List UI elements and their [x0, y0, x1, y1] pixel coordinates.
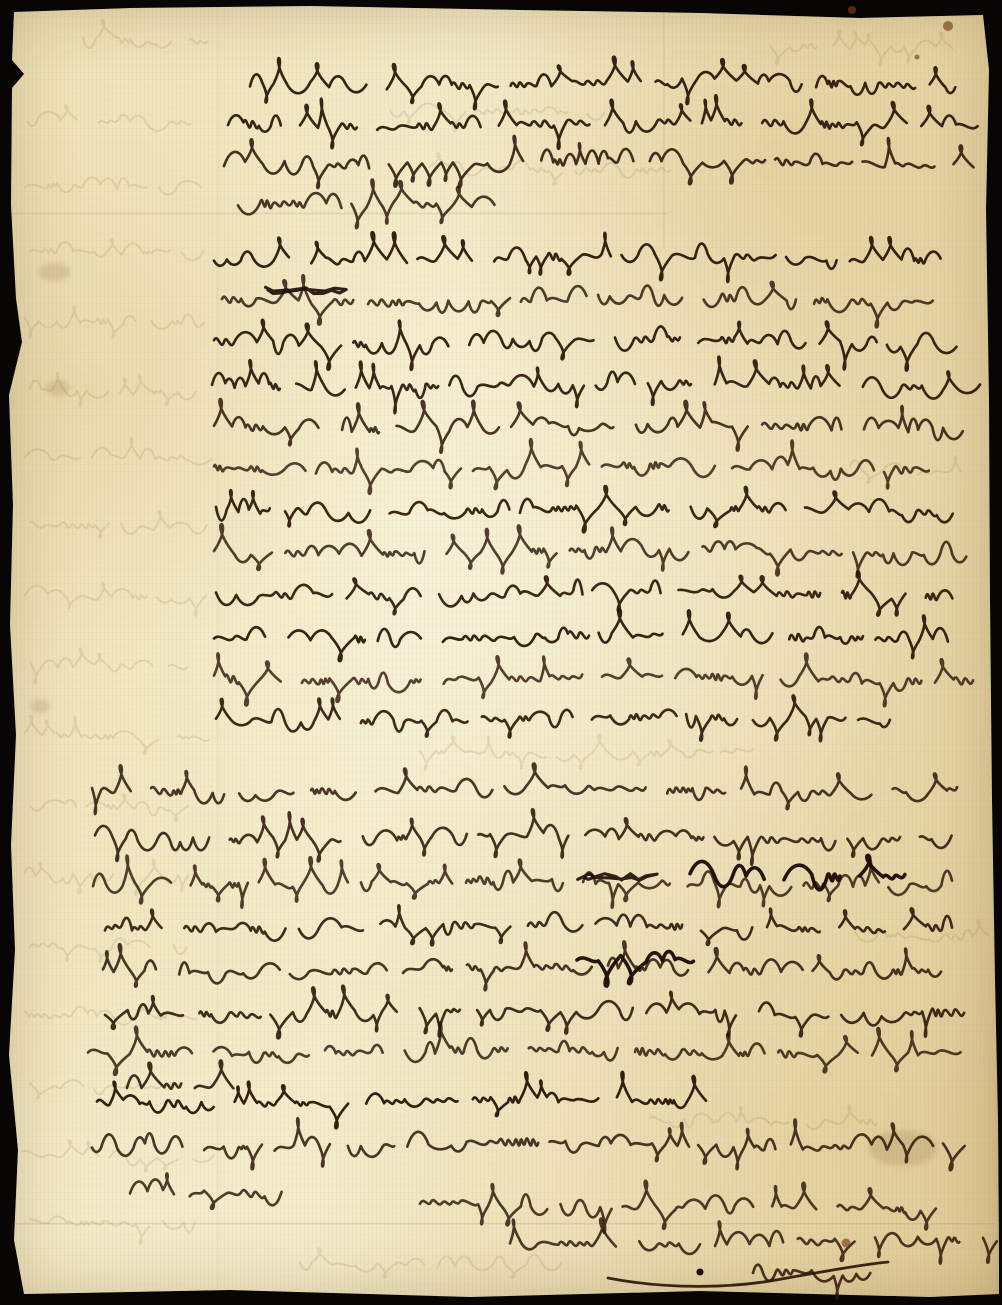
showthrough-line-8 — [25, 306, 204, 338]
rust-spot-3 — [915, 55, 920, 60]
handwritten-line-20 — [105, 905, 952, 945]
handwritten-line-1 — [250, 57, 955, 109]
rust-spot-2 — [943, 21, 953, 31]
handwritten-line-21 — [103, 941, 941, 990]
scan-background: Full-page scan of a 17th-century handwri… — [0, 0, 1002, 1305]
handwritten-line-29 — [510, 1219, 997, 1264]
showthrough-group — [22, 20, 989, 1278]
handwriting-layer — [0, 0, 1002, 1305]
handwritten-line-18 — [95, 809, 952, 864]
handwritten-line-16 — [216, 695, 890, 741]
ink-smudge-4 — [869, 1130, 937, 1166]
rust-spot-4 — [842, 1239, 851, 1248]
handwritten-line-13 — [216, 571, 952, 615]
showthrough-line-7 — [30, 239, 204, 260]
handwritten-line-26 — [92, 1118, 965, 1170]
handwritten-line-4 — [238, 180, 495, 229]
showthrough-line-14 — [25, 716, 209, 754]
showthrough-line-2 — [770, 30, 952, 66]
handwritten-line-19 — [93, 856, 952, 908]
handwritten-line-9 — [214, 399, 963, 453]
handwritten-line-25 — [97, 1072, 706, 1128]
handwritten-line-5 — [214, 232, 941, 282]
showthrough-line-11 — [30, 511, 207, 538]
showthrough-line-21 — [22, 1140, 214, 1171]
signature-dot — [697, 1269, 704, 1276]
ink-text-group — [88, 57, 997, 1299]
handwritten-line-15 — [214, 653, 973, 706]
rust-spot-1 — [848, 6, 856, 14]
handwritten-line-28 — [420, 1181, 936, 1233]
showthrough-line-23 — [300, 1248, 562, 1278]
handwritten-line-22 — [105, 986, 964, 1039]
showthrough-line-22 — [30, 1216, 195, 1244]
showthrough-line-16 — [30, 794, 188, 821]
handwritten-line-14 — [214, 609, 948, 661]
handwritten-line-27 — [130, 1174, 282, 1209]
handwritten-line-11 — [216, 486, 953, 532]
showthrough-line-6 — [25, 178, 201, 195]
ink-smudge-3 — [30, 699, 50, 713]
strikethrough-mark-32 — [578, 874, 657, 881]
handwritten-line-24 — [127, 1060, 233, 1088]
stain-spot-group — [842, 6, 954, 1248]
handwritten-line-10 — [214, 439, 929, 494]
ink-smudge-1 — [39, 263, 71, 281]
showthrough-line-3 — [28, 105, 191, 131]
showthrough-line-1 — [83, 20, 208, 48]
handwritten-line-6 — [222, 275, 933, 327]
handwritten-line-17 — [92, 764, 957, 814]
handwritten-line-12 — [214, 524, 966, 577]
showthrough-line-12 — [25, 583, 206, 616]
showthrough-line-10 — [25, 438, 211, 465]
handwritten-line-2 — [228, 95, 978, 148]
handwritten-line-7 — [214, 320, 957, 371]
showthrough-line-5 — [430, 153, 670, 185]
showthrough-line-13 — [30, 648, 187, 683]
showthrough-line-24 — [650, 1105, 876, 1129]
signature-flourish — [608, 1262, 888, 1286]
handwritten-line-23 — [88, 1023, 961, 1075]
